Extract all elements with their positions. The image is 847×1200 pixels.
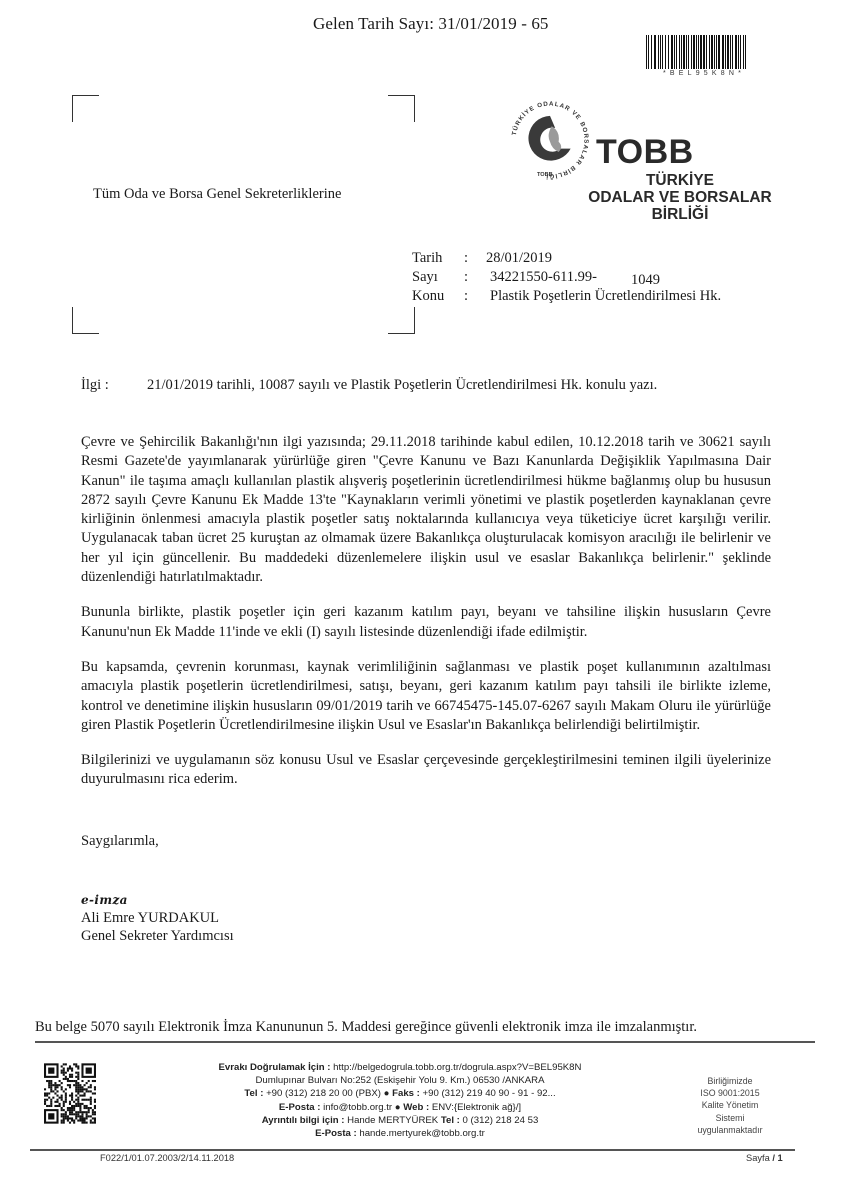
tobb-emblem-icon: TÜRKİYE ODALAR VE BORSALAR BİRLİĞİ TOBB xyxy=(507,97,593,183)
footer-address: Dumlupınar Bulvarı No:252 (Eskişehir Yol… xyxy=(170,1074,630,1087)
meta-subject-row: Konu : Plastik Poşetlerin Ücretlendirilm… xyxy=(412,287,721,306)
incoming-date-stamp: Gelen Tarih Sayı: 31/01/2019 - 65 xyxy=(313,14,549,34)
logo-acronym: TOBB xyxy=(596,133,694,172)
body-paragraph-2: Bununla birlikte, plastik poşetler için … xyxy=(81,603,771,642)
barcode-text: *BEL95K8N* xyxy=(644,70,764,77)
form-code: F022/1/01.07.2003/2/14.11.2018 xyxy=(100,1153,234,1163)
web-link[interactable]: ENV:{Elektronik ağ}/] xyxy=(432,1102,521,1113)
closing: Saygılarımla, xyxy=(81,833,159,850)
e-signature-label: e-imza xyxy=(81,891,234,909)
number-value: 34221550-611.99- xyxy=(490,268,597,287)
address-corner-top-right xyxy=(388,95,415,122)
logo-small-label: TOBB xyxy=(537,172,553,178)
meta-number-row: Sayı : 34221550-611.99- 1049 xyxy=(412,268,721,287)
bullet-icon: ● xyxy=(395,1102,401,1113)
subject-label: Konu xyxy=(412,287,464,306)
contact-email-link[interactable]: hande.mertyurek@tobb.org.tr xyxy=(359,1128,484,1139)
reference-label: İlgi : xyxy=(81,376,147,395)
subject-value: Plastik Poşetlerin Ücretlendirilmesi Hk. xyxy=(490,287,721,306)
footer-contact-line: Ayrıntılı bilgi için : Hande MERTYÜREK T… xyxy=(170,1114,630,1127)
verify-link[interactable]: http://belgedogrula.tobb.org.tr/dogrula.… xyxy=(333,1062,581,1073)
iso-certification: Birliğimizde ISO 9001:2015 Kalite Yöneti… xyxy=(660,1075,800,1136)
legal-notice: Bu belge 5070 sayılı Elektronik İmza Kan… xyxy=(35,1019,815,1036)
page-number: Sayfa / 1 xyxy=(746,1153,783,1163)
reference: İlgi : 21/01/2019 tarihli, 10087 sayılı … xyxy=(81,376,761,395)
barcode xyxy=(646,35,761,69)
body-paragraph-3: Bu kapsamda, çevrenin korunması, kaynak … xyxy=(81,658,771,735)
signatory-name: Ali Emre YURDAKUL xyxy=(81,909,234,927)
logo-line-2: ODALAR VE BORSALAR xyxy=(565,189,795,206)
body-paragraph-4: Bilgilerinizi ve uygulamanın söz konusu … xyxy=(81,751,771,790)
date-value: 28/01/2019 xyxy=(486,249,552,268)
address-corner-bottom-right xyxy=(388,307,415,334)
footer-verify-line: Evrakı Doğrulamak İçin : http://belgedog… xyxy=(170,1061,630,1074)
address-corner-bottom-left xyxy=(72,307,99,334)
qr-code[interactable] xyxy=(44,1063,96,1124)
number-label: Sayı xyxy=(412,268,464,287)
letter-body: Çevre ve Şehircilik Bakanlığı'nın ilgi y… xyxy=(81,433,771,806)
footer-email-line: E-Posta : info@tobb.org.tr ● Web : ENV:{… xyxy=(170,1101,630,1114)
divider xyxy=(35,1041,815,1043)
number-suffix: 1049 xyxy=(631,271,660,290)
document-meta: Tarih : 28/01/2019 Sayı : 34221550-611.9… xyxy=(412,249,721,306)
signature-block: e-imza Ali Emre YURDAKUL Genel Sekreter … xyxy=(81,891,234,945)
signatory-title: Genel Sekreter Yardımcısı xyxy=(81,927,234,945)
email-link[interactable]: info@tobb.org.tr xyxy=(323,1102,392,1113)
logo-line-3: BİRLİĞİ xyxy=(565,206,795,223)
footer-contact-email-line: E-Posta : hande.mertyurek@tobb.org.tr xyxy=(170,1127,630,1140)
logo-line-1: TÜRKİYE xyxy=(565,172,795,189)
date-label: Tarih xyxy=(412,249,464,268)
address-corner-top-left xyxy=(72,95,99,122)
bullet-icon: ● xyxy=(384,1088,390,1099)
body-paragraph-1: Çevre ve Şehircilik Bakanlığı'nın ilgi y… xyxy=(81,433,771,587)
reference-text: 21/01/2019 tarihli, 10087 sayılı ve Plas… xyxy=(147,376,761,395)
footer-divider xyxy=(30,1149,795,1151)
meta-date-row: Tarih : 28/01/2019 xyxy=(412,249,721,268)
recipient: Tüm Oda ve Borsa Genel Sekreterliklerine xyxy=(93,186,341,203)
logo-organization-name: TÜRKİYE ODALAR VE BORSALAR BİRLİĞİ xyxy=(565,172,795,223)
footer-phone-line: Tel : +90 (312) 218 20 00 (PBX) ● Faks :… xyxy=(170,1087,630,1100)
footer-contact: Evrakı Doğrulamak İçin : http://belgedog… xyxy=(170,1061,630,1140)
